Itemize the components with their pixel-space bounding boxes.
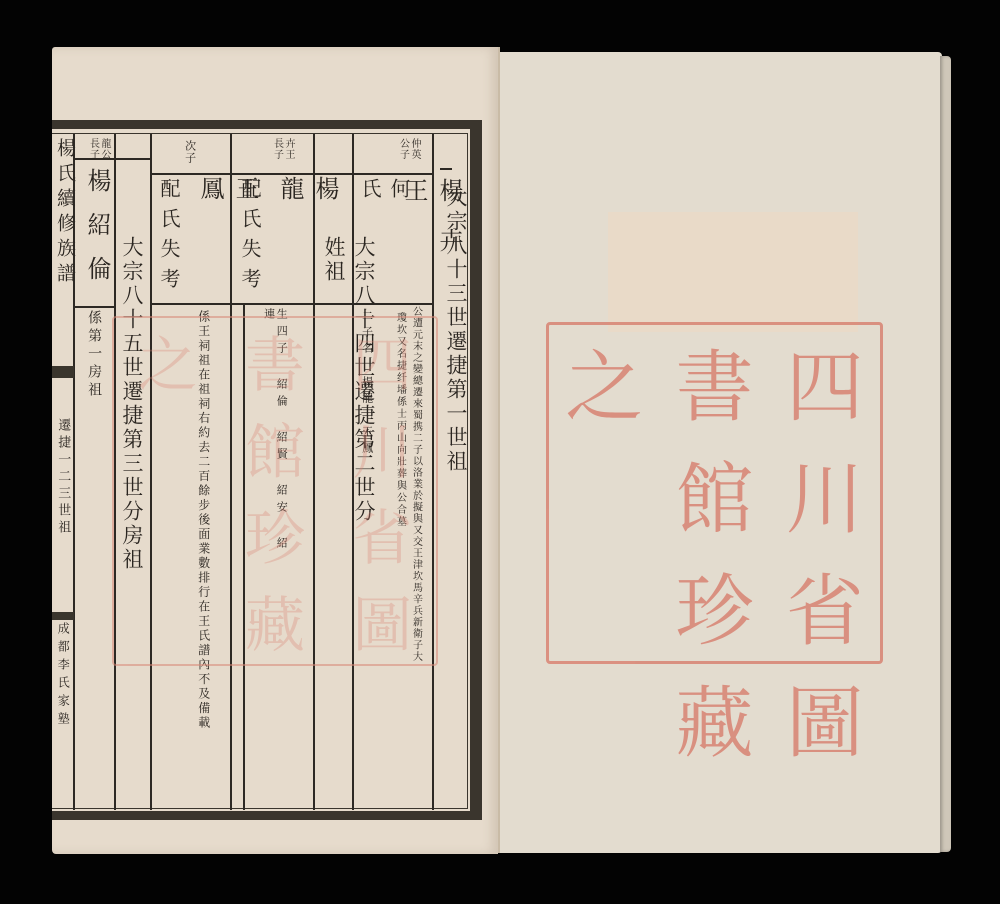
header-divider [150, 173, 352, 175]
library-seal-left: 四 川 省 圖 書 館 珍 藏 之 [112, 316, 438, 666]
spouse-note: 配氏失考 [236, 178, 265, 303]
entry-header: 次子 [183, 140, 196, 170]
header-divider [352, 173, 432, 175]
margin-section-title: 遷捷一二三世祖 [55, 418, 69, 578]
seal-char: 館 [659, 437, 769, 549]
dash-mark [440, 168, 452, 170]
seal-char: 圖 [770, 661, 880, 773]
seal-char: 藏 [659, 661, 769, 773]
seal-char: 省 [329, 491, 436, 578]
margin-book-title: 楊氏續修族譜 [52, 138, 79, 368]
entry-header: 仲英公子 [388, 138, 420, 168]
seal-char: 川 [770, 437, 880, 549]
fishtail-mark [52, 612, 74, 620]
seal-char: 之 [549, 325, 659, 437]
book-spine [498, 47, 500, 853]
seal-char: 館 [221, 405, 328, 492]
seal-char: 珍 [221, 491, 328, 578]
spouse-note: 配氏失考 [155, 178, 184, 303]
entry-note: 係第一房祖 [86, 310, 102, 410]
seal-char: 藏 [221, 578, 328, 665]
margin-publisher: 成都李氏家塾 [56, 622, 69, 782]
seal-char: 書 [659, 325, 769, 437]
person-name: 楊紹倫 [80, 168, 115, 308]
seal-char: 之 [114, 318, 221, 405]
seal-char: 四 [329, 318, 436, 405]
spouse-note: 何氏 [356, 178, 414, 303]
library-seal: 四 川 省 圖 書 館 珍 藏 之 [546, 322, 883, 664]
page-stack-edge [940, 56, 951, 852]
entry-header: 龍公長子 [78, 138, 110, 162]
seal-char: 省 [770, 549, 880, 661]
paper-discoloration [608, 212, 858, 332]
seal-char: 書 [221, 318, 328, 405]
seal-char: 四 [770, 325, 880, 437]
generation-heading: 大宗八十三世遷捷第一世祖 [441, 186, 471, 546]
seal-char: 珍 [659, 549, 769, 661]
seal-char: 川 [329, 405, 436, 492]
entry-header: 卉王長子 [262, 138, 294, 168]
seal-char: 圖 [329, 578, 436, 665]
